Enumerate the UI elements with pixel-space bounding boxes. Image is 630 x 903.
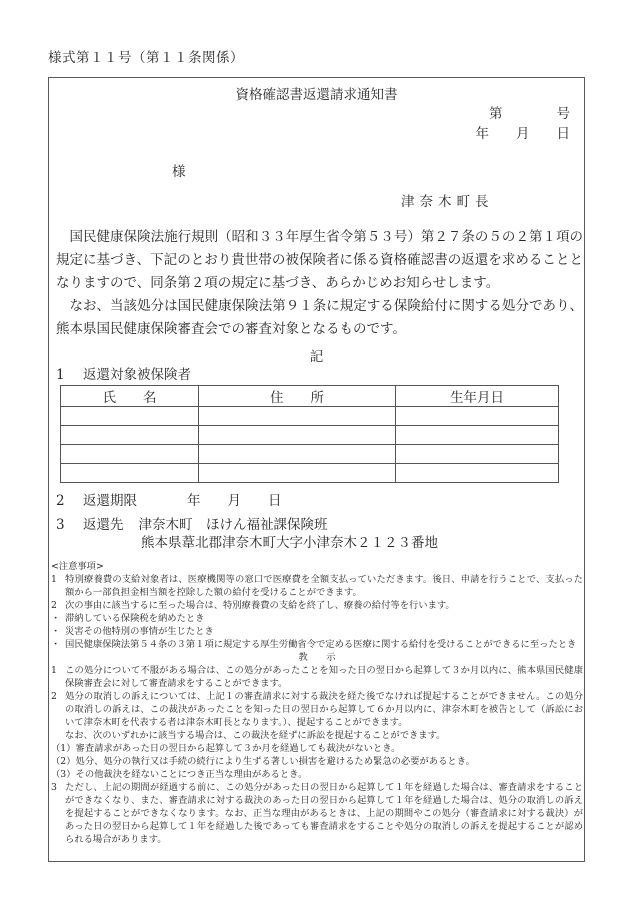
- note-text: 災害その他特別の事情が生じたとき: [65, 626, 214, 637]
- form-number-label: 様式第１１号（第１１条関係）: [48, 46, 244, 66]
- note-item: 1特別療養費の支給対象者は、医療機関等の窓口で医療費を全額支払っていただきます。…: [51, 573, 583, 599]
- note-bullet: ・: [51, 625, 65, 638]
- table-cell-name: [61, 464, 199, 483]
- table-cell-name: [61, 426, 199, 445]
- table-cell-birthdate: [396, 407, 559, 426]
- ki-label: 記: [49, 345, 584, 365]
- table-row: [61, 445, 559, 464]
- note-text: 国民健康保険法第５４条の３第１項に規定する厚生労働省令で定める医療に関する給付を…: [65, 639, 576, 650]
- instruction-text: その他裁決を経ないことにつき正当な理由があるとき。: [76, 769, 308, 780]
- section-3-return-destination: 3返還先津奈木町 ほけん福祉課保険班: [56, 513, 328, 533]
- body-paragraph-2: なお、当該処分は国民健康保険法第９１条に規定する保険給付に関する処分であり、熊本…: [56, 295, 583, 341]
- col-header-name: 氏 名: [61, 386, 199, 407]
- table-row: [61, 464, 559, 483]
- col-header-birthdate: 生年月日: [396, 386, 559, 407]
- sender-name: 津奈木町長: [401, 190, 494, 210]
- table-row: [61, 407, 559, 426]
- note-marker: 1: [51, 573, 65, 586]
- instruction-marker: （2）: [51, 755, 76, 768]
- document-border-box: 資格確認書返還請求通知書 第 号 年 月 日 様 津奈木町長 国民健康保険法施行…: [48, 77, 585, 862]
- table-cell-address: [199, 407, 396, 426]
- section-2-label: 返還期限: [83, 493, 137, 509]
- table-cell-birthdate: [396, 464, 559, 483]
- note-item: ・国民健康保険法第５４条の３第１項に規定する厚生労働省令で定める医療に関する給付…: [51, 638, 583, 651]
- note-bullet: ・: [51, 612, 65, 625]
- col-header-address: 住 所: [199, 386, 396, 407]
- instruction-text: なお、次のいずれかに該当する場合は、この裁決を経ずに訴訟を提起することができます…: [65, 730, 445, 741]
- document-number-line: 第 号: [489, 102, 570, 122]
- insured-persons-table: 氏 名 住 所 生年月日: [60, 385, 559, 483]
- note-marker: 2: [51, 599, 65, 612]
- instruction-item: （3）その他裁決を経ないことにつき正当な理由があるとき。: [51, 768, 583, 781]
- table-cell-address: [199, 445, 396, 464]
- note-item: ・災害その他特別の事情が生じたとき: [51, 625, 583, 638]
- instruction-text: 審査請求があった日の翌日から起算して３か月を経過しても裁決がないとき。: [76, 743, 401, 754]
- instruction-item: なお、次のいずれかに該当する場合は、この裁決を経ずに訴訟を提起することができます…: [51, 729, 583, 742]
- instruction-text: 処分、処分の執行又は手続の続行により生ずる著しい損害を避けるため緊急の必要がある…: [76, 756, 475, 767]
- instruction-item: 2処分の取消しの訴えについては、上記１の審査請求に対する裁決を経た後でなければ提…: [51, 690, 583, 729]
- section-3-number: 3: [56, 517, 83, 533]
- instruction-marker: 3: [51, 781, 65, 794]
- table-cell-address: [199, 464, 396, 483]
- document-page: 様式第１１号（第１１条関係） 資格確認書返還請求通知書 第 号 年 月 日 様 …: [0, 0, 630, 903]
- instruction-item: （2）処分、処分の執行又は手続の続行により生ずる著しい損害を避けるため緊急の必要…: [51, 755, 583, 768]
- table-cell-address: [199, 426, 396, 445]
- instruction-text: この処分について不服がある場合は、この処分があったことを知った日の翌日から起算し…: [65, 665, 583, 689]
- instruction-text: ただし、上記の期間が経過する前に、この処分があった日の翌日から起算して１年を経過…: [65, 782, 583, 845]
- document-title: 資格確認書返還請求通知書: [49, 83, 584, 103]
- note-text: 滞納している保険税を納めたとき: [65, 613, 204, 624]
- instruction-item: 1この処分について不服がある場合は、この処分があったことを知った日の翌日から起算…: [51, 664, 583, 690]
- section-2-return-deadline: 2返還期限年 月 日: [56, 489, 282, 509]
- note-text: 次の事由に該当するに至った場合は、特別療養費の支給を終了し、療養の給付等を行いま…: [65, 600, 455, 611]
- document-date-line: 年 月 日: [476, 122, 571, 142]
- body-text: 国民健康保険法施行規則（昭和３３年厚生省令第５３号）第２７条の５の２第１項の規定…: [56, 226, 583, 341]
- note-bullet: ・: [51, 638, 65, 651]
- table-cell-name: [61, 407, 199, 426]
- section-2-date-blanks: 年 月 日: [187, 493, 282, 509]
- instruction-text: 処分の取消しの訴えについては、上記１の審査請求に対する裁決を経た後でなければ提起…: [65, 691, 583, 728]
- note-item: ・滞納している保険税を納めたとき: [51, 612, 583, 625]
- instruction-heading: 教 示: [51, 651, 583, 664]
- note-item: 2次の事由に該当するに至った場合は、特別療養費の支給を終了し、療養の給付等を行い…: [51, 599, 583, 612]
- fine-print-block: <注意事項> 1特別療養費の支給対象者は、医療機関等の窓口で医療費を全額支払って…: [51, 560, 583, 846]
- table-cell-name: [61, 445, 199, 464]
- section-1-number: 1: [56, 367, 83, 383]
- table-header-row: 氏 名 住 所 生年月日: [61, 386, 559, 407]
- section-3-label: 返還先: [83, 517, 124, 533]
- instruction-marker: （1）: [51, 742, 76, 755]
- instruction-marker: 1: [51, 664, 65, 677]
- table-row: [61, 426, 559, 445]
- instruction-marker: （3）: [51, 768, 76, 781]
- table-cell-birthdate: [396, 426, 559, 445]
- note-text: 特別療養費の支給対象者は、医療機関等の窓口で医療費を全額支払っていただきます。後…: [65, 574, 583, 598]
- instruction-item: （1）審査請求があった日の翌日から起算して３か月を経過しても裁決がないとき。: [51, 742, 583, 755]
- notes-heading: <注意事項>: [51, 560, 583, 573]
- instruction-marker: 2: [51, 690, 65, 703]
- section-1-heading: 1返還対象被保険者: [56, 363, 191, 383]
- body-paragraph-1: 国民健康保険法施行規則（昭和３３年厚生省令第５３号）第２７条の５の２第１項の規定…: [56, 226, 583, 295]
- section-2-number: 2: [56, 493, 83, 509]
- instruction-item: 3ただし、上記の期間が経過する前に、この処分があった日の翌日から起算して１年を経…: [51, 781, 583, 846]
- table-cell-birthdate: [396, 445, 559, 464]
- section-1-label: 返還対象被保険者: [83, 367, 191, 383]
- addressee-honorific: 様: [172, 160, 186, 180]
- section-3-office-address: 熊本県葦北郡津奈木町大字小津奈木２１２３番地: [141, 531, 438, 551]
